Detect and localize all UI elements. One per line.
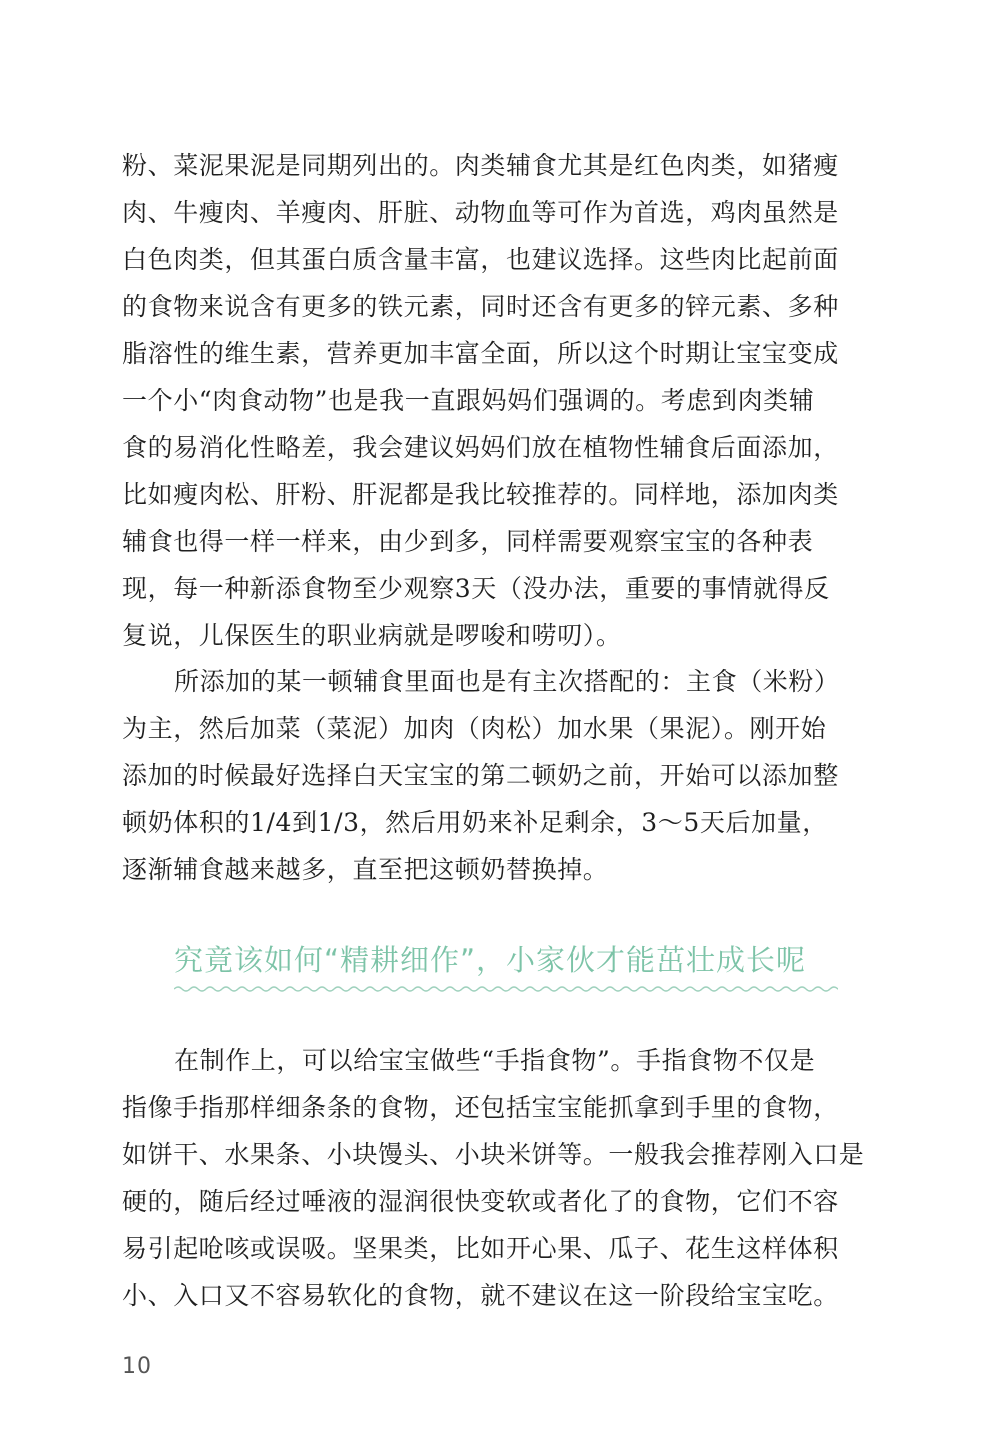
page-number: 10 [122,1354,152,1379]
book-page: 粉、菜泥果泥是同期列出的。肉类辅食尤其是红色肉类，如猪瘦 肉、牛瘦肉、羊瘦肉、肝… [0,0,1000,1450]
text-line: 为主，然后加菜（菜泥）加肉（肉松）加水果（果泥）。刚开始 [122,705,852,752]
paragraph-finger-foods: 在制作上，可以给宝宝做些“手指食物”。手指食物不仅是 指像手指那样细条条的食物，… [122,1037,852,1319]
text-line: 顿奶体积的1/4到1/3，然后用奶来补足剩余，3～5天后加量， [122,799,852,846]
text-line: 在制作上，可以给宝宝做些“手指食物”。手指食物不仅是 [122,1037,852,1084]
text-line: 现，每一种新添食物至少观察3天（没办法，重要的事情就得反 [122,565,852,612]
text-line: 脂溶性的维生素，营养更加丰富全面，所以这个时期让宝宝变成 [122,330,852,377]
text-line: 逐渐辅食越来越多，直至把这顿奶替换掉。 [122,846,852,893]
text-line: 白色肉类，但其蛋白质含量丰富，也建议选择。这些肉比起前面 [122,236,852,283]
text-line: 硬的，随后经过唾液的湿润很快变软或者化了的食物，它们不容 [122,1178,852,1225]
text-line: 复说，儿保医生的职业病就是啰唆和唠叨）。 [122,612,852,659]
text-line: 小、入口又不容易软化的食物，就不建议在这一阶段给宝宝吃。 [122,1272,852,1319]
section-heading-text: 究竟该如何“精耕细作”，小家伙才能茁壮成长呢 [174,938,844,982]
paragraph-meal-composition: 所添加的某一顿辅食里面也是有主次搭配的：主食（米粉） 为主，然后加菜（菜泥）加肉… [122,658,852,893]
paragraph-meat-complementary-food: 粉、菜泥果泥是同期列出的。肉类辅食尤其是红色肉类，如猪瘦 肉、牛瘦肉、羊瘦肉、肝… [122,142,852,659]
text-line: 粉、菜泥果泥是同期列出的。肉类辅食尤其是红色肉类，如猪瘦 [122,142,852,189]
text-line: 辅食也得一样一样来，由少到多，同样需要观察宝宝的各种表 [122,518,852,565]
text-line: 肉、牛瘦肉、羊瘦肉、肝脏、动物血等可作为首选，鸡肉虽然是 [122,189,852,236]
text-line: 所添加的某一顿辅食里面也是有主次搭配的：主食（米粉） [122,658,852,705]
text-line: 易引起呛咳或误吸。坚果类，比如开心果、瓜子、花生这样体积 [122,1225,852,1272]
text-line: 比如瘦肉松、肝粉、肝泥都是我比较推荐的。同样地，添加肉类 [122,471,852,518]
section-heading: 究竟该如何“精耕细作”，小家伙才能茁壮成长呢 [174,938,844,994]
text-line: 一个小“肉食动物”也是我一直跟妈妈们强调的。考虑到肉类辅 [122,377,852,424]
text-line: 的食物来说含有更多的铁元素，同时还含有更多的锌元素、多种 [122,283,852,330]
text-line: 如饼干、水果条、小块馒头、小块米饼等。一般我会推荐刚入口是 [122,1131,852,1178]
text-line: 添加的时候最好选择白天宝宝的第二顿奶之前，开始可以添加整 [122,752,852,799]
text-line: 指像手指那样细条条的食物，还包括宝宝能抓拿到手里的食物， [122,1084,852,1131]
wavy-underline-decoration [174,984,838,994]
text-line: 食的易消化性略差，我会建议妈妈们放在植物性辅食后面添加， [122,424,852,471]
